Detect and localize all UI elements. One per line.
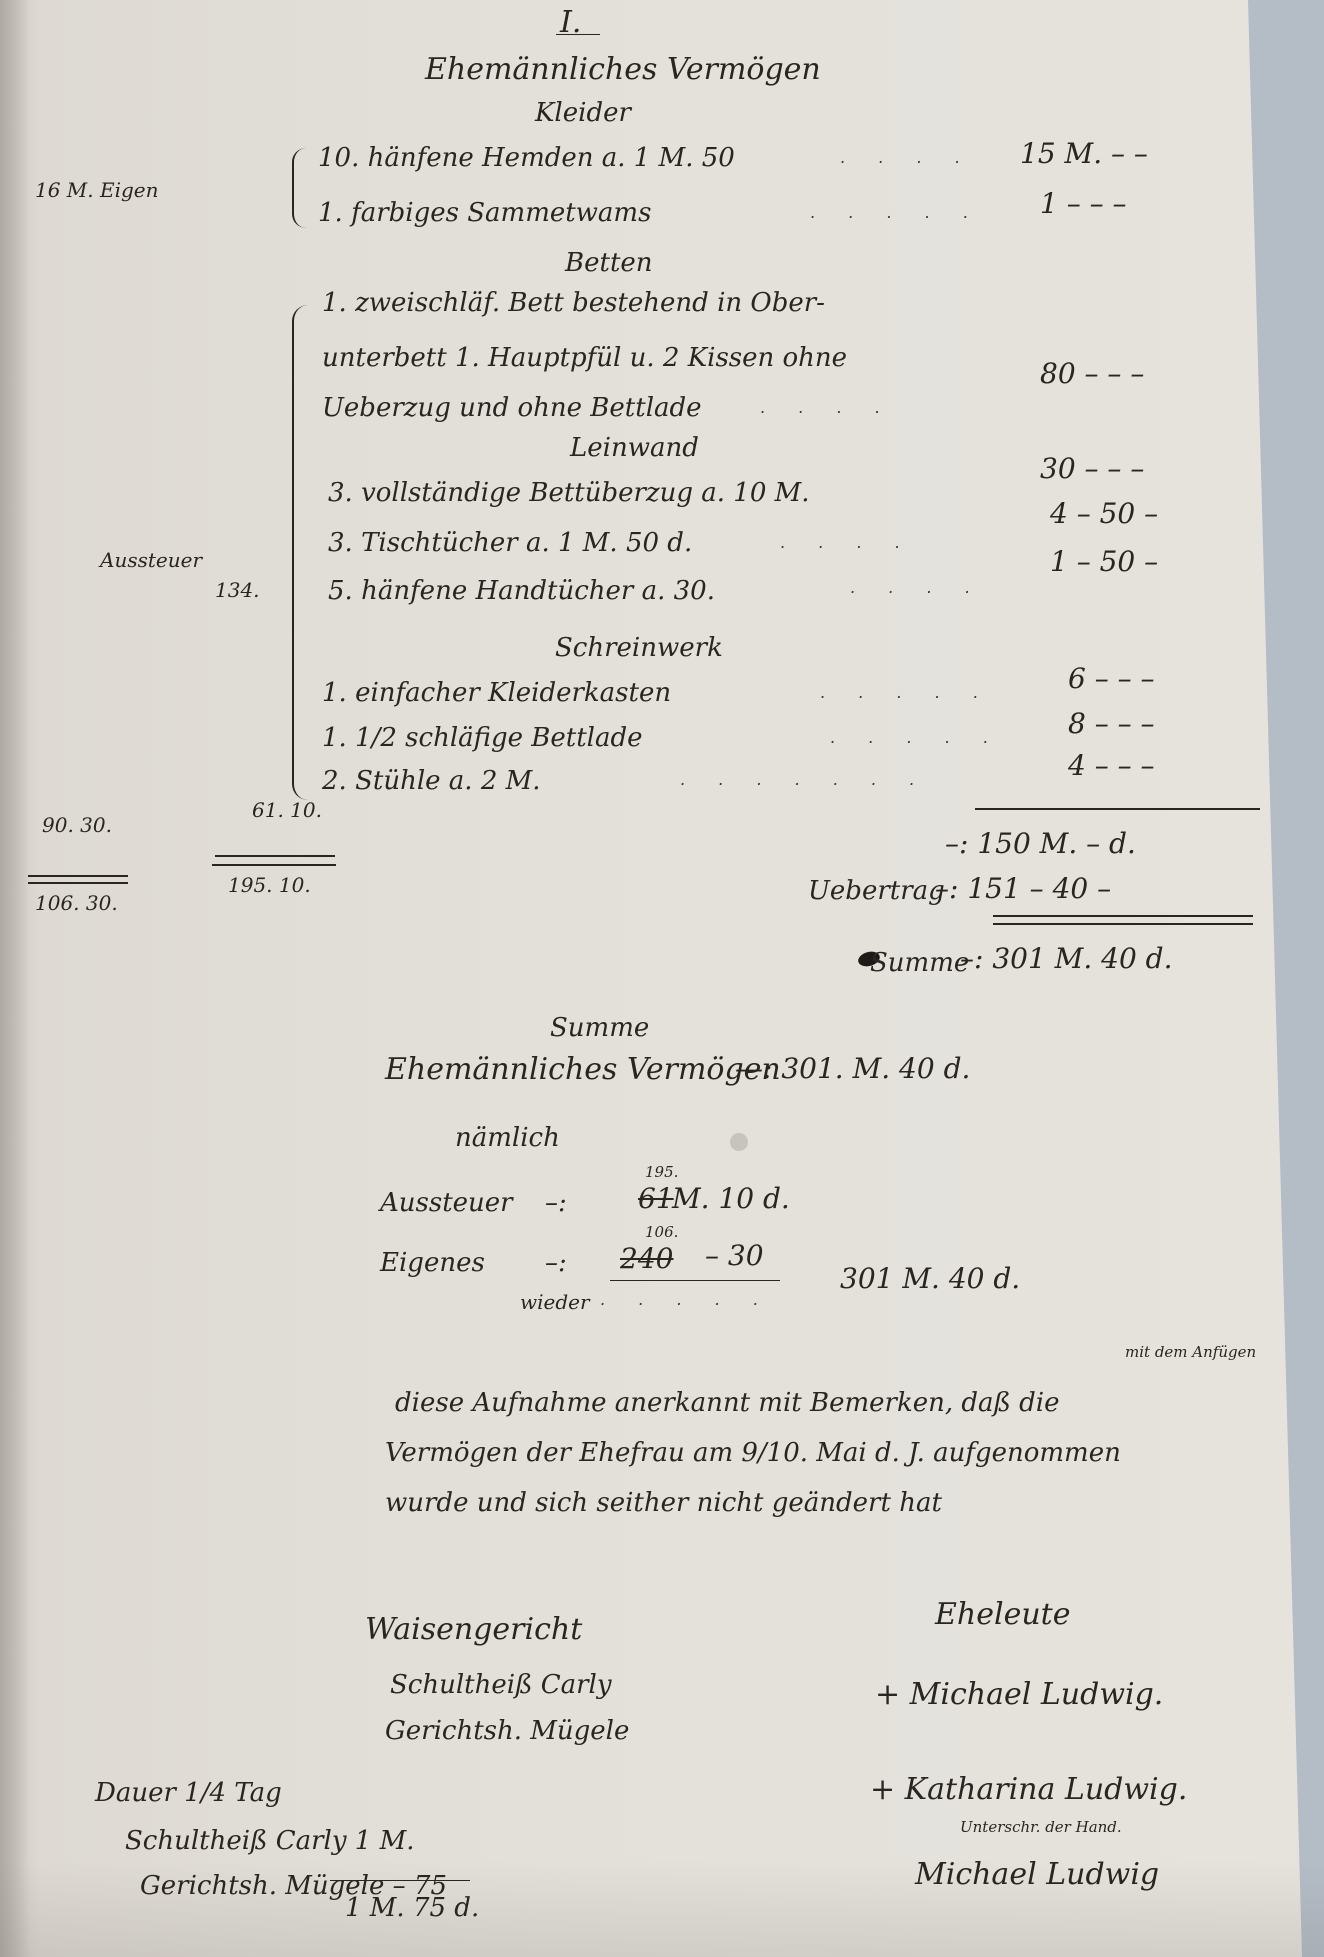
leader-dots: . . . .	[850, 580, 984, 596]
section-heading-leinwand: Leinwand	[570, 435, 699, 461]
margin-eigen-label: 16 M. Eigen	[35, 180, 159, 200]
leader-dots: . . . .	[840, 150, 974, 166]
total-rule	[993, 923, 1253, 925]
page-number-underline	[556, 34, 600, 35]
fees-heading: Dauer 1/4 Tag	[95, 1780, 282, 1806]
recap-wieder-label: wieder	[520, 1292, 590, 1312]
fees-total: 1 M. 75 d.	[345, 1895, 479, 1921]
leader-dots: . . . . .	[600, 1292, 772, 1308]
item-text: 1. farbiges Sammetwams	[318, 200, 651, 226]
fees-rule	[330, 1880, 470, 1881]
recap-rule	[610, 1280, 780, 1281]
recap-eigenes-corrected: 106.	[645, 1225, 678, 1240]
signature-left-line2: Gerichtsh. Mügele	[385, 1718, 629, 1744]
declaration-line3: wurde und sich seither nicht geändert ha…	[385, 1490, 942, 1516]
item-amount: 30 – – –	[1040, 455, 1144, 483]
subtotal-value: –: 150 M. – d.	[945, 830, 1136, 858]
fees-line1: Schultheiß Carly 1 M.	[125, 1828, 415, 1854]
declaration-line1: diese Aufnahme anerkannt mit Bemerken, d…	[395, 1390, 1060, 1416]
item-text: 3. vollständige Bettüberzug a. 10 M.	[328, 480, 810, 506]
margin-aussteuer-value: 134.	[215, 580, 260, 600]
recap-wieder-value: 301 M. 40 d.	[840, 1265, 1020, 1293]
item-amount: 8 – – –	[1068, 710, 1155, 738]
item-text: 10. hänfene Hemden a. 1 M. 50	[318, 145, 735, 171]
leader-dots: . . . . .	[830, 730, 1002, 746]
paper-spot	[730, 1133, 748, 1151]
leader-dots: . . . . .	[820, 685, 992, 701]
section-heading-kleider: Kleider	[535, 100, 631, 126]
brace-eigen	[292, 148, 306, 228]
signature-right-line2: + Katharina Ludwig.	[870, 1775, 1187, 1805]
item-amount: 4 – 50 –	[1050, 500, 1158, 528]
recap-arrow: –:	[545, 1190, 567, 1216]
declaration-line2: Vermögen der Ehefrau am 9/10. Mai d. J. …	[385, 1440, 1121, 1466]
total-rule	[993, 915, 1253, 917]
signature-left-line1: Schultheiß Carly	[390, 1672, 612, 1698]
item-text: 1. einfacher Kleiderkasten	[322, 680, 671, 706]
brace-aussteuer	[292, 305, 308, 800]
recap-line-label: Ehemännliches Vermögen	[385, 1055, 781, 1085]
item-text: 2. Stühle a. 2 M.	[322, 768, 541, 794]
item-amount: 4 – – –	[1068, 752, 1155, 780]
item-amount: 15 M. – –	[1020, 140, 1148, 168]
item-amount: 1 – 50 –	[1050, 548, 1158, 576]
margin-rule	[28, 875, 128, 877]
margin-left-total-b: 195. 10.	[228, 875, 311, 895]
subtotal-rule	[975, 808, 1260, 810]
recap-namely: nämlich	[455, 1125, 560, 1151]
margin-aussteuer-label: Aussteuer	[100, 550, 202, 570]
item-text: 5. hänfene Handtücher a. 30.	[328, 578, 715, 604]
recap-aussteuer-label: Aussteuer	[380, 1190, 513, 1216]
item-text: Ueberzug und ohne Bettlade	[322, 395, 702, 421]
uebertrag-value: –: 151 – 40 –	[935, 875, 1111, 903]
summe-label: Summe	[870, 950, 969, 976]
margin-rule	[28, 882, 128, 884]
item-amount: 80 – – –	[1040, 360, 1144, 388]
margin-rule	[215, 855, 335, 857]
recap-heading: Summe	[550, 1015, 649, 1041]
item-amount: 6 – – –	[1068, 665, 1155, 693]
margin-rule	[212, 864, 336, 866]
leader-dots: . . . .	[760, 400, 894, 416]
signature-left-heading: Waisengericht	[365, 1615, 582, 1645]
document-title: Ehemännliches Vermögen	[425, 55, 821, 85]
section-heading-schreinwerk: Schreinwerk	[555, 635, 723, 661]
margin-left-total-a: 106. 30.	[35, 893, 118, 913]
signature-right-line3: Michael Ludwig	[915, 1860, 1159, 1890]
recap-eigenes-label: Eigenes	[380, 1250, 485, 1276]
item-text: 1. 1/2 schläfige Bettlade	[322, 725, 643, 751]
signature-right-line1: + Michael Ludwig.	[875, 1680, 1163, 1710]
leader-dots: . . . . .	[810, 205, 982, 221]
recap-aussteuer-rest: M. 10 d.	[672, 1185, 790, 1213]
item-text: unterbett 1. Hauptpfül u. 2 Kissen ohne	[322, 345, 847, 371]
margin-left-a: 90. 30.	[42, 815, 112, 835]
uebertrag-label: Uebertrag	[808, 878, 945, 904]
recap-arrow: –:	[545, 1250, 567, 1276]
summe-value: –: 301 M. 40 d.	[960, 945, 1173, 973]
recap-eigenes-rest: – 30	[705, 1242, 764, 1270]
recap-eigenes-struck: 240	[620, 1245, 673, 1273]
section-heading-betten: Betten	[565, 250, 653, 276]
leader-dots: . . . . . . .	[680, 772, 928, 788]
signature-right-note: Unterschr. der Hand.	[960, 1820, 1122, 1835]
recap-line-value: —: 301. M. 40 d.	[735, 1055, 970, 1083]
leader-dots: . . . .	[780, 535, 914, 551]
item-amount: 1 – – –	[1040, 190, 1127, 218]
margin-left-b: 61. 10.	[252, 800, 322, 820]
recap-aussteuer-corrected: 195.	[645, 1165, 678, 1180]
item-text: 1. zweischläf. Bett bestehend in Ober-	[322, 290, 825, 316]
declaration-insert: mit dem Anfügen	[1125, 1345, 1256, 1360]
item-text: 3. Tischtücher a. 1 M. 50 d.	[328, 530, 692, 556]
signature-right-heading: Eheleute	[935, 1600, 1070, 1630]
recap-aussteuer-struck: 61	[638, 1185, 674, 1213]
